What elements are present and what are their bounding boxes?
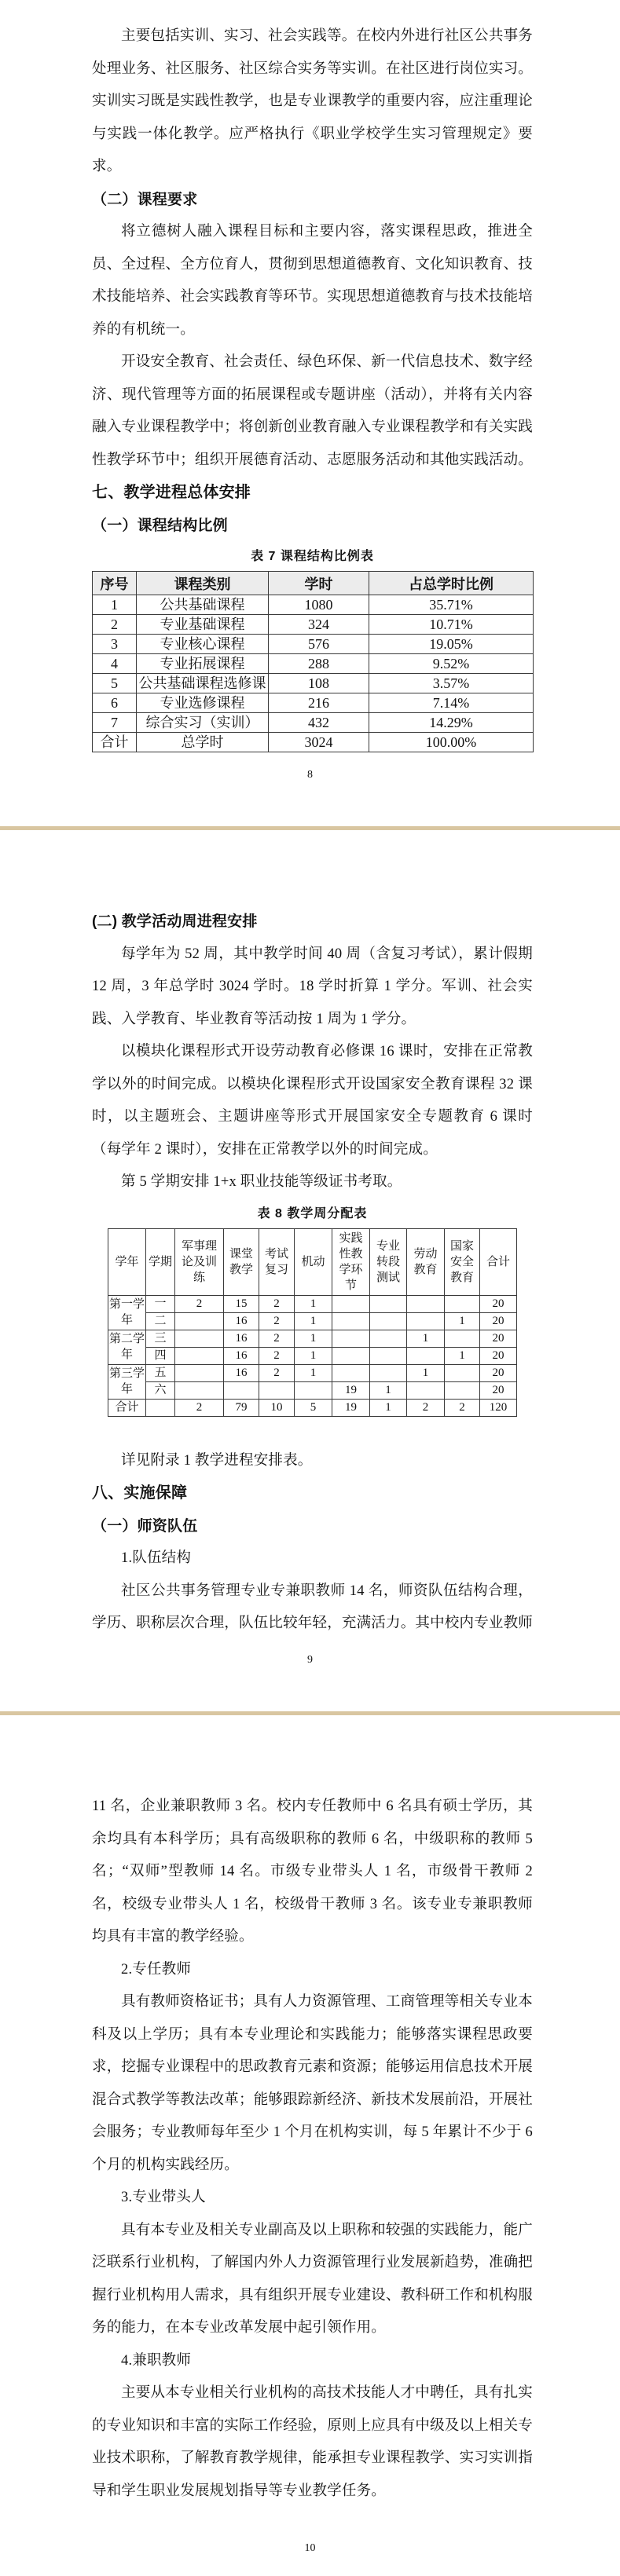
table-cell [175,1364,224,1381]
subheading-fulltime-teachers: 2.专任教师 [92,1954,533,1987]
table-cell: 16 [224,1330,259,1347]
table-cell: 3024 [269,733,369,752]
table-cell: 1 [295,1347,332,1364]
table-cell: 1 [445,1347,480,1364]
table-cell: 9.52% [369,654,534,674]
table8-caption: 表 8 教学周分配表 [92,1204,533,1224]
table-cell [295,1381,332,1399]
table-cell: 324 [269,615,369,635]
year-cell: 第三学年 [108,1364,146,1399]
table-cell: 15 [224,1295,259,1312]
table-cell: 公共基础课程选修课 [137,674,269,693]
table-cell: 专业拓展课程 [137,654,269,674]
table-cell: 19 [332,1399,370,1416]
paragraph-expand-courses: 开设安全教育、社会责任、绿色环保、新一代信息技术、数字经济、现代管理等方面的拓展… [92,346,533,477]
table-cell: 合计 [93,733,137,752]
table-cell: 2 [259,1364,295,1381]
table-cell: 1 [407,1364,445,1381]
header-cell: 实践性教学环节 [332,1228,370,1295]
table-cell: 2 [259,1347,295,1364]
table-cell: 2 [259,1295,295,1312]
table-cell [407,1295,445,1312]
table-cell: 120 [480,1399,517,1416]
table-cell [407,1347,445,1364]
course-structure-table: 序号 课程类别 学时 占总学时比例 1 公共基础课程 1080 35.71% 2… [92,571,534,752]
header-cell: 课程类别 [137,572,269,595]
table-cell: 1 [295,1295,332,1312]
table-cell: 1 [407,1330,445,1347]
subheading-parttime-teachers: 4.兼职教师 [92,2345,533,2378]
page-9: (二) 教学活动周进程安排 每学年为 52 周，其中教学时间 40 周（含复习考… [0,830,620,1711]
table-cell: 288 [269,654,369,674]
header-cell: 考试复习 [259,1228,295,1295]
paragraph-certificate: 第 5 学期安排 1+x 职业技能等级证书考取。 [92,1166,533,1199]
table-row: 6 专业选修课程 216 7.14% [93,693,534,713]
table-cell [445,1295,480,1312]
heading-implementation-support: 八、实施保障 [92,1477,533,1510]
table-cell [332,1312,370,1330]
table-cell: 35.71% [369,595,534,615]
table-cell [407,1312,445,1330]
heading-faculty-team: （一）师资队伍 [92,1510,533,1543]
table-cell: 19.05% [369,635,534,654]
table-row: 5 公共基础课程选修课 108 3.57% [93,674,534,693]
table-cell: 19 [332,1381,370,1399]
heading-teaching-progress: 七、教学进程总体安排 [92,477,533,510]
table-cell: 10.71% [369,615,534,635]
teaching-week-table: 学年 学期 军事理论及训练 课堂教学 考试复习 机动 实践性教学环节 专业转段测… [108,1228,517,1417]
table-cell: 20 [480,1347,517,1364]
table-cell: 20 [480,1381,517,1399]
table-row: 四 16 2 1 1 20 [108,1347,517,1364]
table-cell: 2 [407,1399,445,1416]
table-cell [332,1330,370,1347]
table-row: 1 公共基础课程 1080 35.71% [93,595,534,615]
header-cell: 占总学时比例 [369,572,534,595]
table-cell: 20 [480,1330,517,1347]
table-cell: 专业选修课程 [137,693,269,713]
table-cell: 2 [445,1399,480,1416]
table-cell: 1 [93,595,137,615]
table-cell: 216 [269,693,369,713]
table-cell: 1 [370,1399,407,1416]
header-cell: 军事理论及训练 [175,1228,224,1295]
heading-weekly-schedule: (二) 教学活动周进程安排 [92,906,533,939]
year-cell: 第一学年 [108,1295,146,1330]
page-number: 10 [0,2541,620,2556]
subheading-program-leader: 3.专业带头人 [92,2182,533,2215]
paragraph-modular-courses: 以模块化课程形式开设劳动教育必修课 16 课时，安排在正常教学以外的时间完成。以… [92,1036,533,1166]
table-cell: 5 [295,1399,332,1416]
table-row: 7 综合实习（实训） 432 14.29% [93,713,534,733]
table-cell: 综合实习（实训） [137,713,269,733]
table-cell [407,1381,445,1399]
table-cell: 1 [295,1330,332,1347]
table-cell: 3 [93,635,137,654]
table-cell: 10 [259,1399,295,1416]
heading-course-structure: （一）课程结构比例 [92,510,533,543]
table-cell: 2 [175,1399,224,1416]
document-viewer: 主要包括实训、实习、社会实践等。在校内外进行社区公共事务处理业务、社区服务、社区… [0,0,620,2576]
table-cell: 2 [175,1295,224,1312]
table-cell: 专业核心课程 [137,635,269,654]
table-cell [175,1381,224,1399]
table-row: 二 16 2 1 1 20 [108,1312,517,1330]
table-cell: 2 [259,1312,295,1330]
table-cell [445,1330,480,1347]
table-row: 第二学年 三 16 2 1 1 20 [108,1330,517,1347]
table-cell: 总学时 [137,733,269,752]
table-cell [445,1381,480,1399]
header-cell: 合计 [480,1228,517,1295]
page-number: 8 [0,768,620,782]
table-cell: 六 [146,1381,175,1399]
table-cell: 20 [480,1312,517,1330]
table-header-row: 序号 课程类别 学时 占总学时比例 [93,572,534,595]
table-row: 4 专业拓展课程 288 9.52% [93,654,534,674]
table-cell [175,1330,224,1347]
table-cell [370,1347,407,1364]
table-cell: 公共基础课程 [137,595,269,615]
table-total-row: 合计 2 79 10 5 19 1 2 2 120 [108,1399,517,1416]
table-cell: 5 [93,674,137,693]
header-cell: 课堂教学 [224,1228,259,1295]
table-cell [332,1295,370,1312]
table-cell: 合计 [108,1399,146,1416]
table-cell: 2 [259,1330,295,1347]
table-row: 六 19 1 20 [108,1381,517,1399]
table-cell: 专业基础课程 [137,615,269,635]
table-cell: 16 [224,1312,259,1330]
table-cell: 79 [224,1399,259,1416]
table-cell: 108 [269,674,369,693]
table-cell: 2 [93,615,137,635]
table7-caption: 表 7 课程结构比例表 [92,547,533,567]
table-cell [370,1330,407,1347]
header-cell: 序号 [93,572,137,595]
table-cell: 1 [295,1312,332,1330]
table-cell: 1 [445,1312,480,1330]
table-cell [146,1399,175,1416]
table-cell: 576 [269,635,369,654]
paragraph-school-year: 每学年为 52 周，其中教学时间 40 周（含复习考试），累计假期 12 周，3… [92,939,533,1037]
table-total-row: 合计 总学时 3024 100.00% [93,733,534,752]
header-cell: 机动 [295,1228,332,1295]
table-row: 2 专业基础课程 324 10.71% [93,615,534,635]
header-cell: 国家安全教育 [445,1228,480,1295]
header-cell: 学时 [269,572,369,595]
subheading-team-structure: 1.队伍结构 [92,1542,533,1575]
header-cell: 学期 [146,1228,175,1295]
table-cell: 6 [93,693,137,713]
table-cell: 3.57% [369,674,534,693]
table-cell: 14.29% [369,713,534,733]
table-cell: 4 [93,654,137,674]
paragraph-fulltime-teachers: 具有教师资格证书；具有人力资源管理、工商管理等相关专业本科及以上学历；具有本专业… [92,1986,533,2182]
table-cell [175,1347,224,1364]
table-cell [175,1312,224,1330]
table-cell: 三 [146,1330,175,1347]
table-header-row: 学年 学期 军事理论及训练 课堂教学 考试复习 机动 实践性教学环节 专业转段测… [108,1228,517,1295]
page-10: 11 名，企业兼职教师 3 名。校内专任教师中 6 名具有硕士学历，其余均具有本… [0,1715,620,2576]
year-cell: 第二学年 [108,1330,146,1364]
table-cell [370,1364,407,1381]
paragraph-program-leader: 具有本专业及相关专业副高及以上职称和较强的实践能力，能广泛联系行业机构，了解国内… [92,2215,533,2345]
table-cell: 一 [146,1295,175,1312]
header-cell: 劳动教育 [407,1228,445,1295]
paragraph-parttime-teachers: 主要从本专业相关行业机构的高技术技能人才中聘任，具有扎实的专业知识和丰富的实际工… [92,2377,533,2508]
table-cell: 100.00% [369,733,534,752]
table-cell: 1 [295,1364,332,1381]
paragraph-practice: 主要包括实训、实习、社会实践等。在校内外进行社区公共事务处理业务、社区服务、社区… [92,20,533,184]
table-cell: 20 [480,1364,517,1381]
table-cell: 7.14% [369,693,534,713]
paragraph-morality: 将立德树人融入课程目标和主要内容，落实课程思政，推进全员、全过程、全方位育人，贯… [92,216,533,346]
table-row: 第三学年 五 16 2 1 1 20 [108,1364,517,1381]
table-cell [370,1295,407,1312]
table-cell: 二 [146,1312,175,1330]
table-cell: 1080 [269,595,369,615]
paragraph-team-structure: 社区公共事务管理专业专兼职教师 14 名，师资队伍结构合理，学历、职称层次合理，… [92,1575,533,1641]
table-cell: 432 [269,713,369,733]
table-cell [370,1312,407,1330]
table-row: 3 专业核心课程 576 19.05% [93,635,534,654]
table-cell [332,1347,370,1364]
table-row: 第一学年 一 2 15 2 1 20 [108,1295,517,1312]
header-cell: 学年 [108,1228,146,1295]
table-cell: 1 [370,1381,407,1399]
page-8: 主要包括实训、实习、社会实践等。在校内外进行社区公共事务处理业务、社区服务、社区… [0,0,620,826]
heading-course-requirements: （二）课程要求 [92,184,533,217]
table-cell [445,1364,480,1381]
page-number: 9 [0,1653,620,1667]
table-cell [259,1381,295,1399]
table-cell: 四 [146,1347,175,1364]
table-cell: 16 [224,1347,259,1364]
table-cell: 7 [93,713,137,733]
table-cell: 16 [224,1364,259,1381]
paragraph-team-structure-continued: 11 名，企业兼职教师 3 名。校内专任教师中 6 名具有硕士学历，其余均具有本… [92,1791,533,1954]
paragraph-appendix-note: 详见附录 1 教学进程安排表。 [92,1445,533,1478]
header-cell: 专业转段测试 [370,1228,407,1295]
table-cell: 五 [146,1364,175,1381]
table-cell: 20 [480,1295,517,1312]
table-cell [332,1364,370,1381]
table-cell [224,1381,259,1399]
